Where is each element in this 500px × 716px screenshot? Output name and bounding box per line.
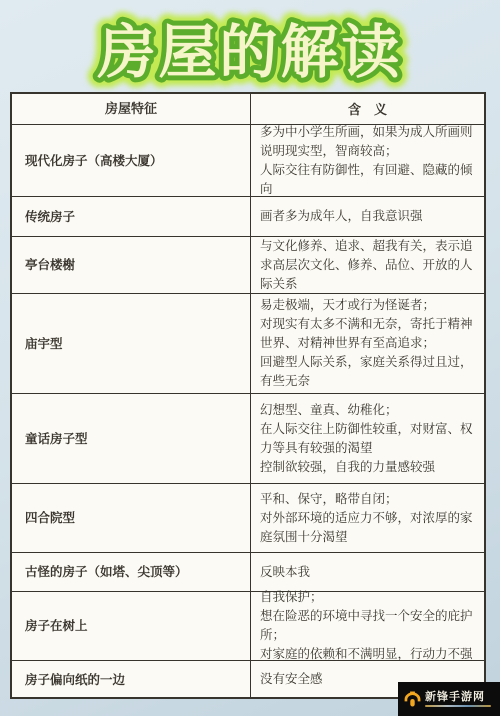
meaning-line: 幻想型、童真、幼稚化； xyxy=(260,401,477,420)
page-title-text: 房屋的解读 xyxy=(96,20,402,85)
table-row: 庙宇型 易走极端，天才或行为怪诞者；对现实有太多不满和无奈，寄托于精神世界、对精… xyxy=(12,293,484,393)
meaning-line: 多为中小学生所画，如果为成人所画则说明现实型，智商较高； xyxy=(260,123,477,161)
feature-cell: 现代化房子（高楼大厦） xyxy=(12,125,251,196)
meaning-line: 回避型人际关系，家庭关系得过且过，有些无奈 xyxy=(260,353,477,391)
meaning-cell: 画者多为成年人，自我意识强 xyxy=(251,197,484,236)
watermark-site-name: 新锋手游网 xyxy=(425,691,491,703)
meaning-line: 人际交往有防御性，有回避、隐藏的倾向 xyxy=(260,161,477,199)
table-header-feature: 房屋特征 xyxy=(12,94,251,124)
meaning-cell: 多为中小学生所画，如果为成人所画则说明现实型，智商较高；人际交往有防御性，有回避… xyxy=(251,125,484,196)
table-row: 现代化房子（高楼大厦） 多为中小学生所画，如果为成人所画则说明现实型，智商较高；… xyxy=(12,124,484,196)
meaning-line: 易走极端，天才或行为怪诞者； xyxy=(260,296,477,315)
meaning-line: 控制欲较强，自我的力量感较强 xyxy=(260,458,477,477)
feature-cell: 童话房子型 xyxy=(12,394,251,483)
feature-cell: 房子在树上 xyxy=(12,592,251,660)
meaning-cell: 易走极端，天才或行为怪诞者；对现实有太多不满和无奈，寄托于精神世界、对精神世界有… xyxy=(251,294,484,393)
table-row: 童话房子型 幻想型、童真、幼稚化；在人际交往上防御性较重，对财富、权力等具有较强… xyxy=(12,393,484,483)
table-row: 四合院型 平和、保守，略带自闭；对外部环境的适应力不够，对浓厚的家庭氛围十分渴望 xyxy=(12,483,484,552)
table-row: 传统房子 画者多为成年人，自我意识强 xyxy=(12,196,484,236)
feature-cell: 传统房子 xyxy=(12,197,251,236)
feature-cell: 庙宇型 xyxy=(12,294,251,393)
page-title: 房屋的解读 房屋的解读 房屋的解读 xyxy=(0,6,500,94)
table-row: 古怪的房子（如塔、尖顶等） 反映本我 xyxy=(12,552,484,591)
table-header-row: 房屋特征 含 义 xyxy=(12,94,484,124)
watermark-color-strip xyxy=(425,705,491,707)
watermark-text-block: 新锋手游网 xyxy=(425,691,491,707)
meaning-line: 想在险恶的环境中寻找一个安全的庇护所； xyxy=(260,607,477,645)
meaning-line: 在人际交往上防御性较重，对财富、权力等具有较强的渴望 xyxy=(260,420,477,458)
meaning-line: 画者多为成年人，自我意识强 xyxy=(260,207,477,226)
interpretation-table: 房屋特征 含 义 现代化房子（高楼大厦） 多为中小学生所画，如果为成人所画则说明… xyxy=(10,92,486,699)
page: 房屋的解读 房屋的解读 房屋的解读 房屋特征 含 义 现代化房子（高楼大厦） 多… xyxy=(0,0,500,716)
table-row: 亭台楼榭 与文化修养、追求、超我有关，表示追求高层次文化、修养、品位、开放的人际… xyxy=(12,236,484,293)
meaning-cell: 幻想型、童真、幼稚化；在人际交往上防御性较重，对财富、权力等具有较强的渴望控制欲… xyxy=(251,394,484,483)
watermark: 新锋手游网 xyxy=(398,682,500,716)
meaning-cell: 与文化修养、追求、超我有关，表示追求高层次文化、修养、品位、开放的人际关系 xyxy=(251,237,484,293)
meaning-line: 自我保护； xyxy=(260,588,477,607)
feature-cell: 亭台楼榭 xyxy=(12,237,251,293)
feature-cell: 四合院型 xyxy=(12,484,251,552)
meaning-cell: 反映本我 xyxy=(251,553,484,591)
house-logo-icon xyxy=(403,691,422,707)
meaning-line: 反映本我 xyxy=(260,563,477,582)
meaning-cell: 平和、保守，略带自闭；对外部环境的适应力不够，对浓厚的家庭氛围十分渴望 xyxy=(251,484,484,552)
table-header-meaning: 含 义 xyxy=(251,94,484,124)
meaning-cell: 自我保护；想在险恶的环境中寻找一个安全的庇护所；对家庭的依赖和不满明显，行动力不… xyxy=(251,592,484,660)
meaning-line: 对现实有太多不满和无奈，寄托于精神世界、对精神世界有至高追求； xyxy=(260,315,477,353)
meaning-line: 平和、保守，略带自闭； xyxy=(260,490,477,509)
table-row: 房子在树上 自我保护；想在险恶的环境中寻找一个安全的庇护所；对家庭的依赖和不满明… xyxy=(12,591,484,660)
table-body: 现代化房子（高楼大厦） 多为中小学生所画，如果为成人所画则说明现实型，智商较高；… xyxy=(12,124,484,698)
feature-cell: 房子偏向纸的一边 xyxy=(12,661,251,698)
meaning-line: 对外部环境的适应力不够，对浓厚的家庭氛围十分渴望 xyxy=(260,509,477,547)
meaning-line: 与文化修养、追求、超我有关，表示追求高层次文化、修养、品位、开放的人际关系 xyxy=(260,237,477,294)
feature-cell: 古怪的房子（如塔、尖顶等） xyxy=(12,553,251,591)
